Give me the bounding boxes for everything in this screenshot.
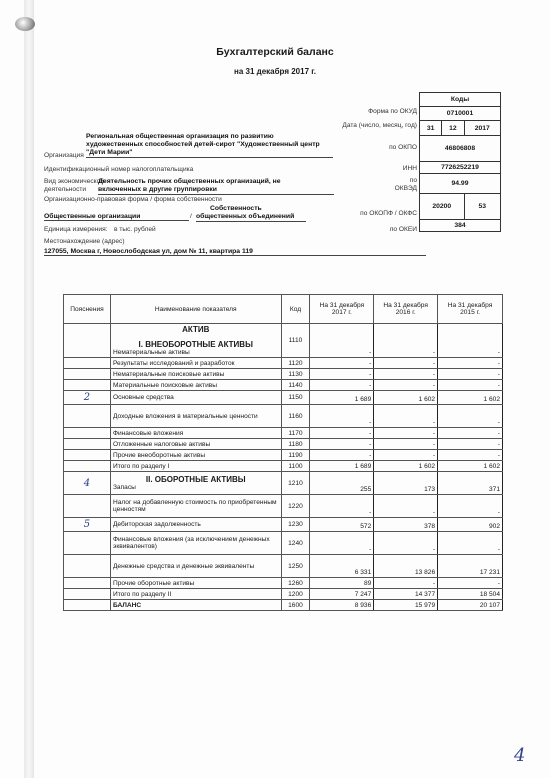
- value-2015: -: [438, 495, 503, 518]
- value-2016: 378: [374, 518, 438, 532]
- activity-line-2: включенных в другие группировки: [98, 186, 334, 194]
- row-name-text: Запасы: [113, 484, 279, 491]
- row-name: АКТИВI. ВНЕОБОРОТНЫЕ АКТИВЫНематериальны…: [110, 324, 281, 358]
- table-row: Нематериальные поисковые активы1130---: [64, 369, 503, 380]
- inn-value: 7726252219: [420, 162, 501, 174]
- activity-value: Деятельность прочих общественных организ…: [98, 178, 334, 195]
- row-note: [64, 369, 111, 380]
- row-note: 4: [64, 472, 111, 495]
- value-2015: -: [438, 380, 503, 391]
- value-2017: -: [310, 428, 374, 439]
- col-header-code: Код: [281, 295, 310, 324]
- value-2016: -: [374, 439, 438, 450]
- row-name: Материальные поисковые активы: [110, 380, 281, 391]
- table-row: Прочие оборотные активы126089--: [64, 578, 503, 589]
- row-name: Денежные средства и денежные эквиваленты: [110, 555, 281, 578]
- row-note: [64, 428, 111, 439]
- table-row: Денежные средства и денежные эквиваленты…: [64, 555, 503, 578]
- section-heading: I. ВНЕОБОРОТНЫЕ АКТИВЫ: [113, 340, 279, 349]
- row-note: [64, 461, 111, 472]
- value-2016: -: [374, 450, 438, 461]
- row-code: 1600: [281, 600, 310, 611]
- table-row: Финансовые вложения1170---: [64, 428, 503, 439]
- row-code: 1170: [281, 428, 310, 439]
- value-2015: -: [438, 358, 503, 369]
- row-name-text: Налог на добавленную стоимость по приобр…: [113, 499, 279, 513]
- value-2016: -: [374, 532, 438, 555]
- row-code: 1180: [281, 439, 310, 450]
- value-2017: 6 331: [310, 555, 374, 578]
- table-row: Результаты исследований и разработок1120…: [64, 358, 503, 369]
- value-2017: 8 936: [310, 600, 374, 611]
- value-2016: -: [374, 428, 438, 439]
- inn-label: Идентификационный номер налогоплательщик…: [44, 166, 193, 173]
- row-name: Финансовые вложения (за исключением дене…: [110, 532, 281, 555]
- value-2016: -: [374, 380, 438, 391]
- organization-name: Региональная общественная организация по…: [86, 133, 333, 158]
- value-2016: -: [374, 495, 438, 518]
- value-2017: -: [310, 439, 374, 450]
- value-2017: 1 689: [310, 391, 374, 405]
- organization-label: Организация: [44, 152, 84, 159]
- value-2017: 7 247: [310, 589, 374, 600]
- row-note: 5: [64, 518, 111, 532]
- table-row: Отложенные налоговые активы1180---: [64, 439, 503, 450]
- row-note: [64, 600, 111, 611]
- row-name: Основные средства: [110, 391, 281, 405]
- value-2017: -: [310, 450, 374, 461]
- okved-label-2: ОКВЭД: [395, 185, 417, 192]
- section-heading: II. ОБОРОТНЫЕ АКТИВЫ: [113, 475, 279, 484]
- okpo-value: 46806808: [420, 136, 501, 162]
- date-label: Дата (число, месяц, год): [342, 122, 417, 129]
- row-name: Прочие оборотные активы: [110, 578, 281, 589]
- activity-label-2: деятельности: [44, 186, 104, 194]
- value-2015: -: [438, 369, 503, 380]
- value-2016: -: [374, 324, 438, 358]
- value-2017: -: [310, 405, 374, 428]
- row-code: 1240: [281, 532, 310, 555]
- okpo-label: по ОКПО: [389, 144, 417, 151]
- table-row: 5Дебиторская задолженность1230572378902: [64, 518, 503, 532]
- address-label: Местонахождение (адрес): [44, 238, 125, 245]
- row-code: 1130: [281, 369, 310, 380]
- row-code: 1260: [281, 578, 310, 589]
- row-note: [64, 578, 111, 589]
- balance-table: Пояснения Наименование показателя Код На…: [63, 294, 503, 611]
- row-name-text: Финансовые вложения (за исключением дене…: [113, 536, 279, 550]
- value-2016: 13 826: [374, 555, 438, 578]
- binder-edge: [24, 0, 34, 778]
- row-note: [64, 532, 111, 555]
- table-row: Прочие внеоборотные активы1190---: [64, 450, 503, 461]
- row-code: 1150: [281, 391, 310, 405]
- row-name-text: Финансовые вложения: [113, 430, 279, 437]
- row-note: [64, 439, 111, 450]
- unit-label: Единица измерения:: [44, 226, 108, 233]
- table-row: АКТИВI. ВНЕОБОРОТНЫЕ АКТИВЫНематериальны…: [64, 324, 503, 358]
- okved-label: поОКВЭД: [395, 177, 417, 193]
- legal-form-value: Общественные организации: [44, 213, 189, 221]
- row-code: 1100: [281, 461, 310, 472]
- handwritten-page-number: 4: [514, 745, 525, 766]
- row-name-text: Прочие внеоборотные активы: [113, 452, 279, 459]
- value-2015: -: [438, 450, 503, 461]
- value-2015: -: [438, 324, 503, 358]
- row-code: 1140: [281, 380, 310, 391]
- activity-label: Вид экономической деятельности: [44, 178, 104, 194]
- value-2015: -: [438, 428, 503, 439]
- document-date: на 31 декабря 2017 г.: [0, 67, 550, 76]
- row-note: [64, 324, 111, 358]
- row-code: 1120: [281, 358, 310, 369]
- okfs-value: 53: [464, 194, 500, 220]
- row-name-text: Прочие оборотные активы: [113, 580, 279, 587]
- table-row: БАЛАНС16008 93615 97920 107: [64, 600, 503, 611]
- row-name-text: Денежные средства и денежные эквиваленты: [113, 563, 279, 570]
- row-note: [64, 555, 111, 578]
- okopf-label: по ОКОПФ / ОКФС: [360, 210, 417, 217]
- value-2016: -: [374, 405, 438, 428]
- row-name-text: Итого по разделу I: [113, 463, 279, 470]
- value-2016: 173: [374, 472, 438, 495]
- row-name-text: Нематериальные поисковые активы: [113, 371, 279, 378]
- value-2015: 1 602: [438, 461, 503, 472]
- table-row: Доходные вложения в материальные ценност…: [64, 405, 503, 428]
- value-2015: -: [438, 439, 503, 450]
- value-2017: -: [310, 358, 374, 369]
- okud-label: Форма по ОКУД: [368, 108, 417, 115]
- value-2017: -: [310, 380, 374, 391]
- date-day: 31: [420, 121, 442, 136]
- row-code: 1110: [281, 324, 310, 358]
- address-value: 127055, Москва г, Новослободская ул, дом…: [44, 248, 426, 256]
- table-row: Финансовые вложения (за исключением дене…: [64, 532, 503, 555]
- table-header-row: Пояснения Наименование показателя Код На…: [64, 295, 503, 324]
- row-name: Отложенные налоговые активы: [110, 439, 281, 450]
- row-name: II. ОБОРОТНЫЕ АКТИВЫЗапасы: [110, 472, 281, 495]
- value-2015: 371: [438, 472, 503, 495]
- document-title: Бухгалтерский баланс: [0, 46, 550, 58]
- row-note: [64, 495, 111, 518]
- ownership-line-2: общественных объединений: [196, 213, 306, 221]
- legal-form-label: Организационно-правовая форма / форма со…: [44, 196, 222, 203]
- row-name: Доходные вложения в материальные ценност…: [110, 405, 281, 428]
- row-note: [64, 450, 111, 461]
- table-row: Материальные поисковые активы1140---: [64, 380, 503, 391]
- ownership-line-1: Собственность: [196, 205, 306, 213]
- col-header-name: Наименование показателя: [110, 295, 281, 324]
- row-note: [64, 405, 111, 428]
- activity-label-1: Вид экономической: [44, 178, 104, 186]
- row-name-text: Дебиторская задолженность: [113, 521, 279, 528]
- row-name-text: Отложенные налоговые активы: [113, 441, 279, 448]
- value-2015: 18 504: [438, 589, 503, 600]
- value-2016: 1 602: [374, 461, 438, 472]
- row-name: Итого по разделу I: [110, 461, 281, 472]
- organization-name-line-2: художественных способностей детей-сирот …: [86, 141, 333, 149]
- section-heading: АКТИВ: [113, 325, 279, 334]
- okopf-value: 20200: [420, 194, 465, 220]
- codes-table: Коды 0710001 31122017 46806808 772625221…: [419, 92, 501, 232]
- value-2016: -: [374, 369, 438, 380]
- date-year: 2017: [464, 121, 500, 136]
- value-2016: -: [374, 578, 438, 589]
- value-2016: 14 377: [374, 589, 438, 600]
- organization-name-line-3: "Дети Марии": [86, 149, 333, 157]
- table-row: Итого по разделу I11001 6891 6021 602: [64, 461, 503, 472]
- value-2017: -: [310, 369, 374, 380]
- okved-label-1: по: [410, 177, 417, 184]
- row-name: Налог на добавленную стоимость по приобр…: [110, 495, 281, 518]
- value-2015: -: [438, 578, 503, 589]
- row-name-text: Итого по разделу II: [113, 591, 279, 598]
- col-header-2015: На 31 декабря 2015 г.: [438, 295, 503, 324]
- value-2015: -: [438, 405, 503, 428]
- value-2017: -: [310, 495, 374, 518]
- value-2016: 1 602: [374, 391, 438, 405]
- value-2015: 1 602: [438, 391, 503, 405]
- value-2017: 572: [310, 518, 374, 532]
- value-2015: -: [438, 532, 503, 555]
- organization-name-line-1: Региональная общественная организация по…: [86, 133, 333, 141]
- value-2017: 255: [310, 472, 374, 495]
- value-2017: 89: [310, 578, 374, 589]
- inn-code-label: ИНН: [403, 165, 417, 172]
- value-2015: 17 231: [438, 555, 503, 578]
- table-row: 4II. ОБОРОТНЫЕ АКТИВЫЗапасы1210255173371: [64, 472, 503, 495]
- row-name: Результаты исследований и разработок: [110, 358, 281, 369]
- row-name: БАЛАНС: [110, 600, 281, 611]
- col-header-notes: Пояснения: [64, 295, 111, 324]
- row-note: 2: [64, 391, 111, 405]
- row-note: [64, 358, 111, 369]
- ownership-value: Собственность общественных объединений: [196, 205, 306, 222]
- row-name: Финансовые вложения: [110, 428, 281, 439]
- row-name-text: Доходные вложения в материальные ценност…: [113, 413, 279, 420]
- form-separator: /: [190, 213, 192, 220]
- value-2017: -: [310, 532, 374, 555]
- row-name-text: Результаты исследований и разработок: [113, 360, 279, 367]
- value-2017: -: [310, 324, 374, 358]
- okved-value: 94.99: [420, 174, 501, 194]
- row-code: 1200: [281, 589, 310, 600]
- okei-value: 384: [420, 220, 501, 232]
- date-month: 12: [442, 121, 464, 136]
- row-code: 1160: [281, 405, 310, 428]
- unit-value: в тыс. рублей: [114, 226, 156, 233]
- row-name-text: Материальные поисковые активы: [113, 382, 279, 389]
- row-note: [64, 380, 111, 391]
- row-note: [64, 589, 111, 600]
- okei-label: по ОКЕИ: [390, 226, 417, 233]
- activity-line-1: Деятельность прочих общественных организ…: [98, 178, 334, 186]
- row-name: Дебиторская задолженность: [110, 518, 281, 532]
- row-name-text: БАЛАНС: [113, 602, 279, 609]
- row-name-text: Нематериальные активы: [113, 349, 279, 356]
- value-2017: 1 689: [310, 461, 374, 472]
- col-header-2017: На 31 декабря 2017 г.: [310, 295, 374, 324]
- codes-header: Коды: [420, 93, 501, 107]
- row-code: 1250: [281, 555, 310, 578]
- table-row: 2Основные средства11501 6891 6021 602: [64, 391, 503, 405]
- value-2016: 15 979: [374, 600, 438, 611]
- okud-value: 0710001: [420, 107, 501, 121]
- value-2015: 902: [438, 518, 503, 532]
- value-2016: -: [374, 358, 438, 369]
- col-header-2016: На 31 декабря 2016 г.: [374, 295, 438, 324]
- value-2015: 20 107: [438, 600, 503, 611]
- table-row: Итого по разделу II12007 24714 37718 504: [64, 589, 503, 600]
- row-name-text: Основные средства: [113, 394, 279, 401]
- table-row: Налог на добавленную стоимость по приобр…: [64, 495, 503, 518]
- row-code: 1220: [281, 495, 310, 518]
- row-code: 1210: [281, 472, 310, 495]
- row-name: Нематериальные поисковые активы: [110, 369, 281, 380]
- row-name: Прочие внеоборотные активы: [110, 450, 281, 461]
- row-name: Итого по разделу II: [110, 589, 281, 600]
- binder-ring: [15, 17, 35, 31]
- row-code: 1230: [281, 518, 310, 532]
- row-code: 1190: [281, 450, 310, 461]
